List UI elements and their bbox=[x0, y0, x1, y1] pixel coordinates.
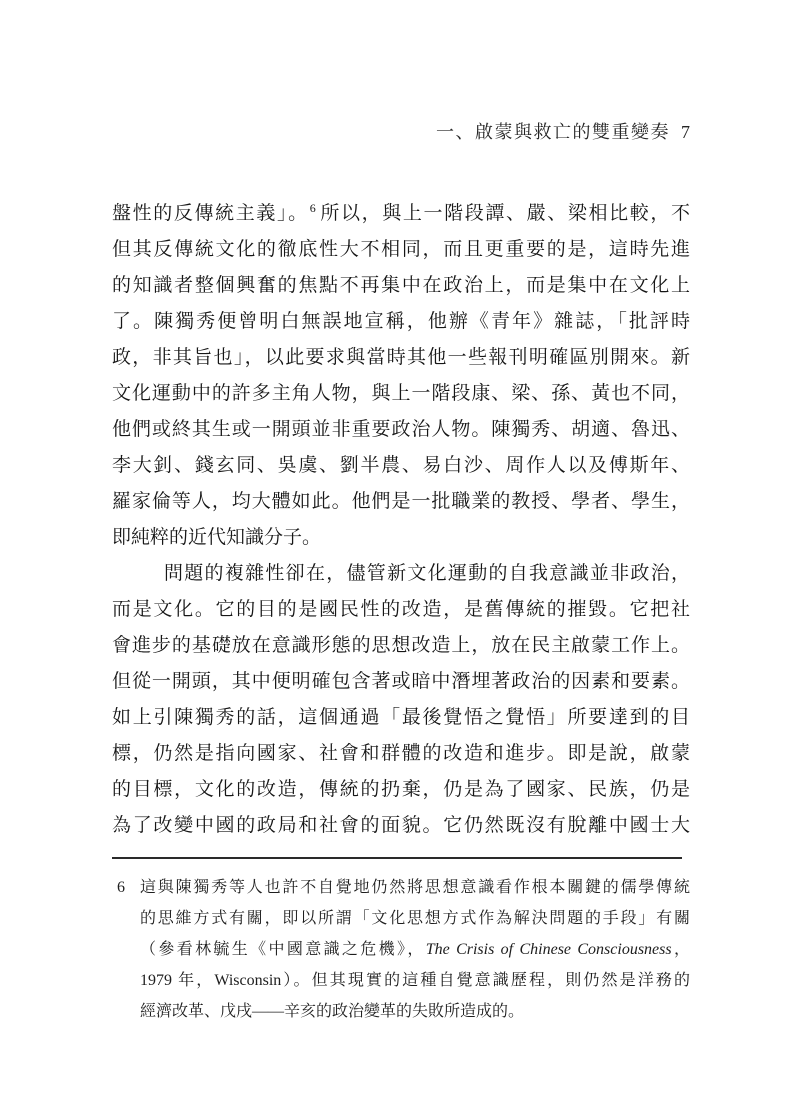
body-line: 標，仍然是指向國家、社會和群體的改造和進步。即是說，啟蒙 bbox=[112, 736, 690, 772]
footnote-line: 經濟改革、戊戌——辛亥的政治變革的失敗所造成的。 bbox=[140, 996, 690, 1027]
body-line: 盤性的反傳統主義」。6所以，與上一階段譚、嚴、梁相比較，不 bbox=[112, 196, 690, 232]
body-line: 但從一開頭，其中便明確包含著或暗中潛埋著政治的因素和要素。 bbox=[112, 664, 690, 700]
book-title-italic: The Crisis of Chinese Consciousness bbox=[426, 941, 672, 958]
footnote-line: （參看林毓生《中國意識之危機》，The Crisis of Chinese Co… bbox=[140, 934, 690, 965]
body-line-text: 所以，與上一階段譚、嚴、梁相比較，不 bbox=[319, 203, 690, 224]
body-line: 為了改變中國的政局和社會的面貌。它仍然既沒有脫離中國士大 bbox=[112, 808, 690, 844]
footnote-line: 的思維方式有關，即以所謂「文化思想方式作為解決問題的手段」有關 bbox=[140, 903, 690, 934]
body-line: 了。陳獨秀便曾明白無誤地宣稱，他辦《青年》雜誌，「批評時 bbox=[112, 304, 690, 340]
body-line: 會進步的基礎放在意識形態的思想改造上，放在民主啟蒙工作上。 bbox=[112, 628, 690, 664]
body-text: 盤性的反傳統主義」。6所以，與上一階段譚、嚴、梁相比較，不 但其反傳統文化的徹底… bbox=[112, 196, 690, 844]
body-line-text: 盤性的反傳統主義」。 bbox=[112, 203, 309, 224]
body-line: 李大釗、錢玄同、吳虞、劉半農、易白沙、周作人以及傅斯年、 bbox=[112, 448, 690, 484]
running-header: 一、啟蒙與救亡的雙重變奏7 bbox=[112, 120, 690, 144]
footnote-line: 這與陳獨秀等人也許不自覺地仍然將思想意識看作根本關鍵的儒學傳統 bbox=[140, 872, 690, 903]
body-line: 文化運動中的許多主角人物，與上一階段康、梁、孫、黃也不同， bbox=[112, 376, 690, 412]
footnote-reference: 6 bbox=[310, 201, 316, 215]
footnote-separator bbox=[112, 857, 682, 859]
book-page: { "header": { "chapter_title": "一、啟蒙與救亡的… bbox=[0, 0, 800, 1120]
body-line: 羅家倫等人，均大體如此。他們是一批職業的教授、學者、學生， bbox=[112, 484, 690, 520]
body-line: 的目標，文化的改造，傳統的扔棄，仍是為了國家、民族，仍是 bbox=[112, 772, 690, 808]
footnote-line: 1979 年，Wisconsin）。但其現實的這種自覺意識歷程，則仍然是洋務的 bbox=[140, 965, 690, 996]
body-line: 即純粹的近代知識分子。 bbox=[112, 520, 690, 556]
page-number: 7 bbox=[681, 120, 690, 144]
footnote-body: 6 這與陳獨秀等人也許不自覺地仍然將思想意識看作根本關鍵的儒學傳統 的思維方式有… bbox=[112, 872, 690, 1027]
body-line: 但其反傳統文化的徹底性大不相同，而且更重要的是，這時先進 bbox=[112, 232, 690, 268]
footnote: 6 這與陳獨秀等人也許不自覺地仍然將思想意識看作根本關鍵的儒學傳統 的思維方式有… bbox=[112, 872, 690, 1027]
body-line: 的知識者整個興奮的焦點不再集中在政治上，而是集中在文化上 bbox=[112, 268, 690, 304]
body-line: 如上引陳獨秀的話，這個通過「最後覺悟之覺悟」所要達到的目 bbox=[112, 700, 690, 736]
body-line-paragraph-start: 問題的複雜性卻在，儘管新文化運動的自我意識並非政治， bbox=[112, 556, 690, 592]
body-line: 政，非其旨也」，以此要求與當時其他一些報刊明確區別開來。新 bbox=[112, 340, 690, 376]
footnote-line-text: ， bbox=[672, 941, 690, 958]
footnote-marker: 6 bbox=[117, 872, 125, 903]
body-line: 他們或終其生或一開頭並非重要政治人物。陳獨秀、胡適、魯迅、 bbox=[112, 412, 690, 448]
body-line: 而是文化。它的目的是國民性的改造，是舊傳統的摧毀。它把社 bbox=[112, 592, 690, 628]
chapter-title: 一、啟蒙與救亡的雙重變奏 bbox=[436, 122, 670, 142]
footnote-line-text: （參看林毓生《中國意識之危機》， bbox=[140, 941, 426, 958]
